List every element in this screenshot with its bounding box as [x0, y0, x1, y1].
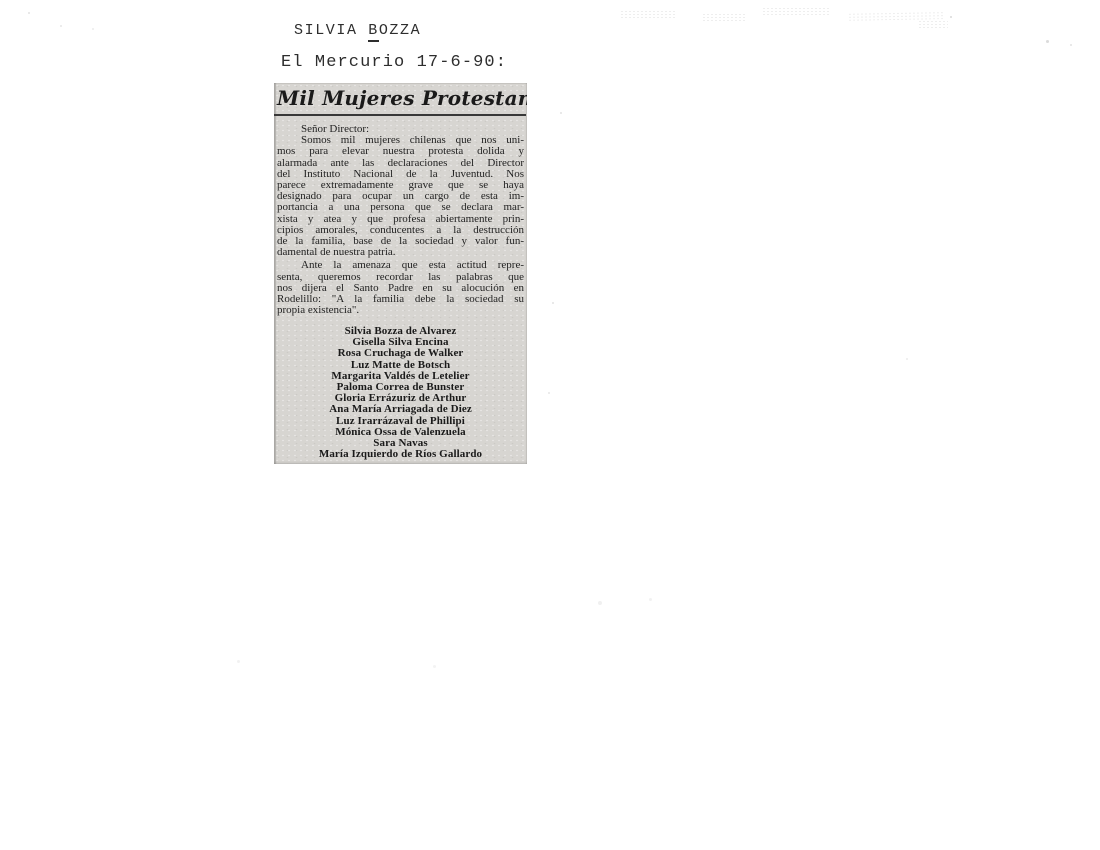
typed-name-underlined: B [368, 22, 379, 42]
scan-speckle [552, 302, 554, 304]
scan-noise-band [762, 7, 830, 15]
scanned-page: SILVIA BOZZA El Mercurio 17-6-90: Mil Mu… [0, 0, 1100, 850]
article-line: Ante la amenaza que esta actitud repre- [277, 260, 524, 271]
scan-speckle [649, 598, 652, 601]
scan-noise-band [702, 13, 747, 21]
article-line: propia existencia". [277, 305, 524, 316]
article-paragraph: Ante la amenaza que esta actitud repre-s… [277, 260, 524, 316]
scan-speckle [906, 358, 908, 360]
scan-speckle [548, 392, 550, 394]
scan-speckle [433, 665, 436, 668]
source-date-label: El Mercurio 17-6-90: [281, 53, 507, 72]
signatory-name: Ana María Arriagada de Diez [277, 404, 524, 415]
typed-name-part2: OZZA [379, 22, 421, 39]
scan-speckle [60, 25, 62, 27]
article-paragraph: Somos mil mujeres chilenas que nos uni-m… [277, 135, 524, 258]
article-line: portancia a una persona que se declara m… [277, 202, 524, 213]
signatory-list: Silvia Bozza de AlvarezGisella Silva Enc… [277, 326, 524, 460]
article-line: damental de nuestra patria. [277, 247, 524, 258]
headline-rule [274, 114, 526, 116]
scan-speckle [28, 12, 30, 14]
scan-speckle [1046, 40, 1049, 43]
scan-speckle [92, 28, 94, 30]
newspaper-clipping: Mil Mujeres Protestan Señor Director: So… [274, 83, 527, 464]
clipping-headline: Mil Mujeres Protestan [274, 83, 527, 110]
scan-noise-band [918, 20, 948, 28]
typed-name-label: SILVIA BOZZA [294, 22, 421, 39]
signatory-name: María Izquierdo de Ríos Gallardo [277, 449, 524, 460]
scan-speckle [237, 660, 240, 663]
typed-name-part1: SILVIA [294, 22, 368, 39]
scan-speckle [950, 16, 952, 18]
scan-speckle [1070, 44, 1072, 46]
article-body: Señor Director: Somos mil mujeres chilen… [277, 124, 524, 316]
scan-speckle [560, 112, 562, 114]
article-line: mos para elevar nuestra protesta dolida … [277, 146, 524, 157]
scan-noise-band [620, 10, 675, 18]
scan-speckle [598, 601, 602, 605]
signatory-name: Rosa Cruchaga de Walker [277, 348, 524, 359]
